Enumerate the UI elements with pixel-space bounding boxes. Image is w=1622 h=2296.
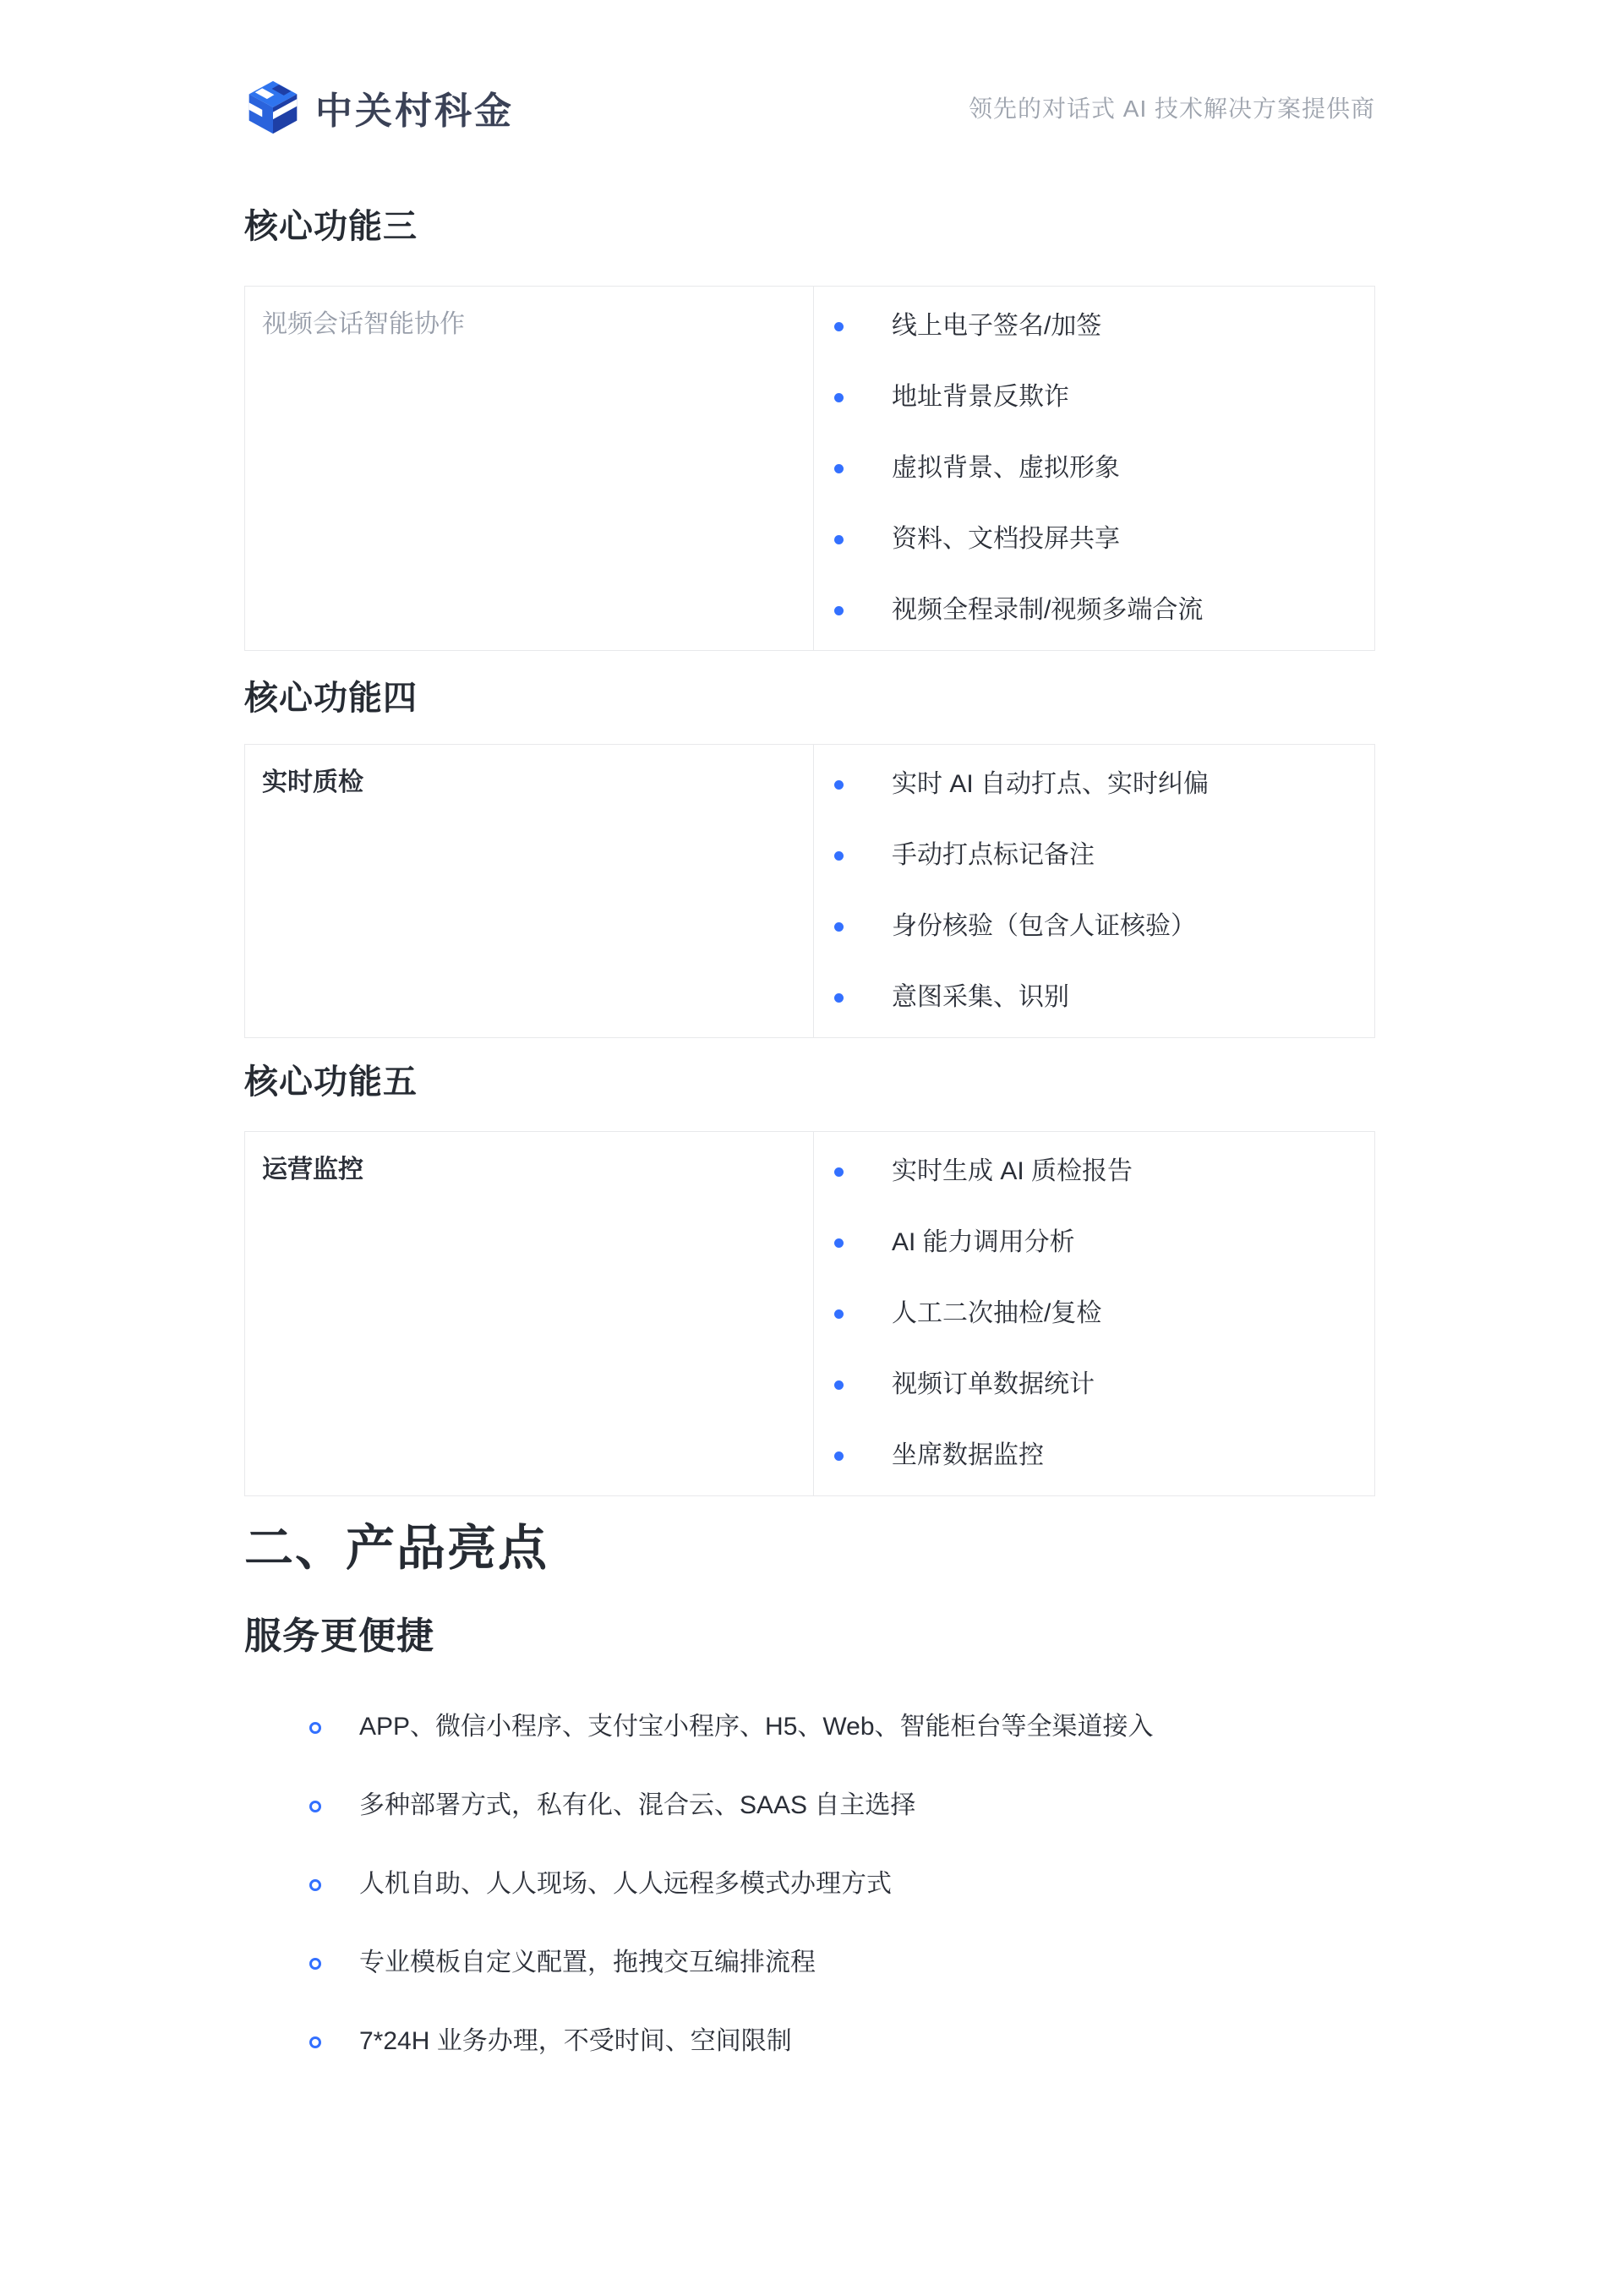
bullet-item-text: 视频订单数据统计: [892, 1369, 1095, 1401]
table-label-cell: 运营监控: [245, 1132, 813, 1495]
bullet-dot-icon: [834, 464, 844, 473]
bullet-list: 线上电子签名/加签 地址背景反欺诈 虚拟背景、虚拟形象 资料、文档投屏共享 视频…: [814, 310, 1374, 626]
list-item: 虚拟背景、虚拟形象: [814, 452, 1374, 484]
feature-table-core-4: 实时质检 实时 AI 自动打点、实时纠偏 手动打点标记备注 身份核验（包含人证核…: [244, 744, 1375, 1038]
list-item: 地址背景反欺诈: [814, 381, 1374, 413]
bullet-dot-icon: [834, 1380, 844, 1390]
bullet-list: 实时生成 AI 质检报告 AI 能力调用分析 人工二次抽检/复检 视频订单数据统…: [814, 1156, 1374, 1472]
bullet-item-text: 线上电子签名/加签: [892, 310, 1101, 342]
header-tagline: 领先的对话式 AI 技术解决方案提供商: [969, 90, 1375, 124]
list-item: 坐席数据监控: [814, 1440, 1374, 1472]
bullet-dot-icon: [834, 606, 844, 615]
feature-table-core-3: 视频会话智能协作 线上电子签名/加签 地址背景反欺诈 虚拟背景、虚拟形象 资料、…: [244, 286, 1375, 651]
table-label: 运营监控: [262, 1154, 796, 1186]
list-item: 身份核验（包含人证核验）: [814, 910, 1374, 943]
highlight-item-text: 人机自助、人人现场、人人远程多模式办理方式: [359, 1868, 892, 1900]
bullet-dot-icon: [834, 1238, 844, 1248]
list-item: 实时 AI 自动打点、实时纠偏: [814, 768, 1374, 801]
table-label-cell: 实时质检: [245, 745, 813, 1037]
bullet-item-text: AI 能力调用分析: [892, 1227, 1075, 1259]
bullet-item-text: 手动打点标记备注: [892, 839, 1095, 872]
circle-bullet-icon: [309, 1801, 321, 1812]
bullet-dot-icon: [834, 851, 844, 861]
circle-bullet-icon: [309, 2036, 321, 2048]
list-item: 线上电子签名/加签: [814, 310, 1374, 342]
list-item: AI 能力调用分析: [814, 1227, 1374, 1259]
bullet-dot-icon: [834, 993, 844, 1003]
highlight-item: 专业模板自定义配置，拖拽交互编排流程: [309, 1947, 1375, 1979]
company-logo-icon: [244, 79, 302, 136]
highlights-title: 二、产品亮点: [244, 1522, 1375, 1576]
bullet-item-text: 人工二次抽检/复检: [892, 1298, 1101, 1330]
list-item: 资料、文档投屏共享: [814, 523, 1374, 555]
bullet-dot-icon: [834, 1309, 844, 1319]
list-item: 意图采集、识别: [814, 981, 1374, 1014]
bullet-item-text: 虚拟背景、虚拟形象: [892, 452, 1120, 484]
bullet-item-text: 资料、文档投屏共享: [892, 523, 1120, 555]
table-items-cell: 实时 AI 自动打点、实时纠偏 手动打点标记备注 身份核验（包含人证核验） 意图…: [813, 745, 1374, 1037]
bullet-dot-icon: [834, 780, 844, 790]
table-label: 实时质检: [262, 767, 796, 799]
bullet-item-text: 实时 AI 自动打点、实时纠偏: [892, 768, 1209, 801]
highlights-subtitle: 服务更便捷: [244, 1616, 1375, 1657]
feature-table-core-5: 运营监控 实时生成 AI 质检报告 AI 能力调用分析 人工二次抽检/复检 视频…: [244, 1131, 1375, 1496]
highlight-item: 多种部署方式，私有化、混合云、SAAS 自主选择: [309, 1790, 1375, 1822]
list-item: 人工二次抽检/复检: [814, 1298, 1374, 1330]
highlight-item-text: 7*24H 业务办理，不受时间、空间限制: [359, 2025, 792, 2058]
circle-bullet-icon: [309, 1958, 321, 1970]
bullet-item-text: 身份核验（包含人证核验）: [892, 910, 1196, 943]
table-label-cell: 视频会话智能协作: [245, 287, 813, 650]
bullet-dot-icon: [834, 535, 844, 544]
page-header: 中关村科金 领先的对话式 AI 技术解决方案提供商: [244, 79, 1375, 136]
highlight-item-text: APP、微信小程序、支付宝小程序、H5、Web、智能柜台等全渠道接入: [359, 1711, 1154, 1743]
list-item: 实时生成 AI 质检报告: [814, 1156, 1374, 1188]
bullet-dot-icon: [834, 1167, 844, 1177]
bullet-item-text: 实时生成 AI 质检报告: [892, 1156, 1133, 1188]
document-page: 中关村科金 领先的对话式 AI 技术解决方案提供商 核心功能三 视频会话智能协作…: [0, 0, 1622, 2296]
bullet-dot-icon: [834, 1451, 844, 1461]
bullet-list: 实时 AI 自动打点、实时纠偏 手动打点标记备注 身份核验（包含人证核验） 意图…: [814, 768, 1374, 1014]
bullet-item-text: 地址背景反欺诈: [892, 381, 1069, 413]
section-heading-core-5: 核心功能五: [244, 1063, 1375, 1101]
highlight-item: 7*24H 业务办理，不受时间、空间限制: [309, 2025, 1375, 2058]
highlight-item-text: 专业模板自定义配置，拖拽交互编排流程: [359, 1947, 816, 1979]
list-item: 视频全程录制/视频多端合流: [814, 594, 1374, 626]
table-items-cell: 实时生成 AI 质检报告 AI 能力调用分析 人工二次抽检/复检 视频订单数据统…: [813, 1132, 1374, 1495]
bullet-dot-icon: [834, 322, 844, 331]
section-heading-core-4: 核心功能四: [244, 680, 1375, 717]
bullet-item-text: 视频全程录制/视频多端合流: [892, 594, 1203, 626]
section-heading-core-3: 核心功能三: [244, 208, 1375, 245]
table-items-cell: 线上电子签名/加签 地址背景反欺诈 虚拟背景、虚拟形象 资料、文档投屏共享 视频…: [813, 287, 1374, 650]
list-item: 手动打点标记备注: [814, 839, 1374, 872]
circle-bullet-icon: [309, 1722, 321, 1734]
list-item: 视频订单数据统计: [814, 1369, 1374, 1401]
bullet-item-text: 坐席数据监控: [892, 1440, 1044, 1472]
highlight-list: APP、微信小程序、支付宝小程序、H5、Web、智能柜台等全渠道接入 多种部署方…: [244, 1711, 1375, 2058]
circle-bullet-icon: [309, 1879, 321, 1891]
logo-text: 中关村科金: [315, 80, 514, 134]
highlight-item: 人机自助、人人现场、人人远程多模式办理方式: [309, 1868, 1375, 1900]
bullet-dot-icon: [834, 393, 844, 402]
bullet-dot-icon: [834, 922, 844, 932]
brand: 中关村科金: [244, 79, 514, 136]
highlight-item: APP、微信小程序、支付宝小程序、H5、Web、智能柜台等全渠道接入: [309, 1711, 1375, 1743]
bullet-item-text: 意图采集、识别: [892, 981, 1069, 1014]
table-label: 视频会话智能协作: [262, 309, 796, 341]
highlight-item-text: 多种部署方式，私有化、混合云、SAAS 自主选择: [359, 1790, 915, 1822]
